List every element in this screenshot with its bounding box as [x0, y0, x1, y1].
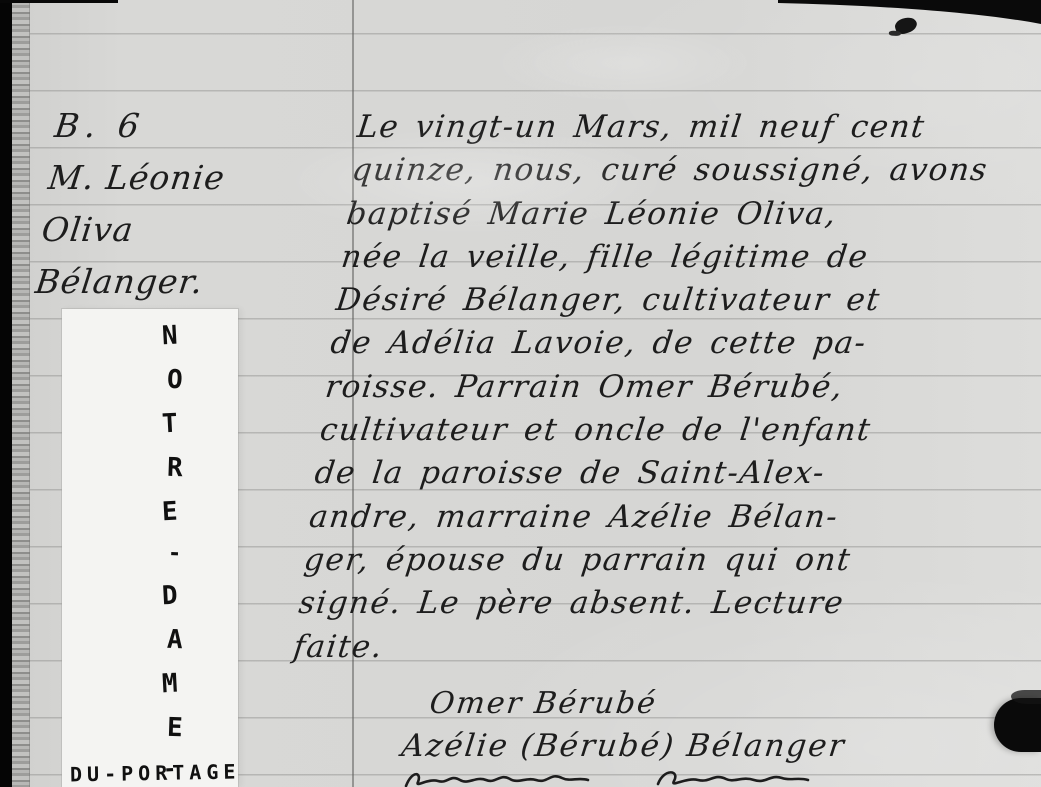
record-line: baptisé Marie Léonie Oliva,	[344, 193, 1021, 236]
vertical-letter: A	[166, 618, 183, 663]
vertical-letter: E	[161, 490, 179, 535]
vertical-letter: N	[161, 314, 179, 359]
record-line: signé. Le père absent. Lecture	[296, 582, 973, 625]
margin-name-line: M. Léonie	[45, 152, 228, 204]
vertical-letter: M	[161, 662, 179, 707]
record-line: Le vingt-un Mars, mil neuf cent	[355, 106, 1032, 149]
binding-edge	[0, 0, 12, 787]
parish-label-strip: N O T R E - D A M E - DU-PORTAGE	[62, 309, 238, 787]
record-line: de Adélia Lavoie, de cette pa-	[328, 322, 1005, 365]
scan-top-edge	[0, 0, 118, 3]
vertical-letter: D	[161, 574, 179, 619]
record-line: faite.	[291, 626, 968, 669]
record-line: ger, épouse du parrain qui ont	[302, 539, 979, 582]
binder-hole-blot-icon	[994, 698, 1041, 752]
signature-azelie-belanger: Azélie (Bérubé) Bélanger	[400, 728, 848, 764]
vertical-letter: -	[168, 534, 183, 574]
parish-name-vertical: N O T R E - D A M E -	[150, 314, 194, 787]
record-line: de la paroisse de Saint-Alex-	[312, 452, 989, 495]
vertical-letter: O	[166, 358, 183, 403]
record-line: Désiré Bélanger, cultivateur et	[333, 279, 1010, 322]
partial-signature-cut-off	[398, 768, 848, 787]
binding-texture	[12, 0, 30, 787]
vertical-letter: E	[166, 706, 183, 751]
margin-name-line: Oliva	[39, 204, 222, 256]
baptism-record-text: Le vingt-un Mars, mil neuf cent quinze, …	[291, 106, 1032, 669]
register-page-scan: N O T R E - D A M E - DU-PORTAGE B. 6 M.…	[0, 0, 1041, 787]
record-line: cultivateur et oncle de l'enfant	[317, 409, 994, 452]
entry-code: B. 6	[52, 100, 235, 152]
parish-name-bottom: DU-PORTAGE	[70, 760, 238, 787]
margin-name-line: Bélanger.	[32, 256, 215, 308]
margin-annotations: B. 6 M. Léonie Oliva Bélanger.	[32, 100, 234, 308]
record-line: andre, marraine Azélie Bélan-	[307, 496, 984, 539]
vertical-letter: R	[166, 446, 183, 491]
signature-omer-berube: Omer Bérubé	[428, 686, 659, 721]
record-line: roisse. Parrain Omer Bérubé,	[323, 366, 1000, 409]
record-line: quinze, nous, curé soussigné, avons	[349, 149, 1026, 192]
record-line: née la veille, fille légitime de	[339, 236, 1016, 279]
vertical-letter: T	[161, 402, 179, 447]
